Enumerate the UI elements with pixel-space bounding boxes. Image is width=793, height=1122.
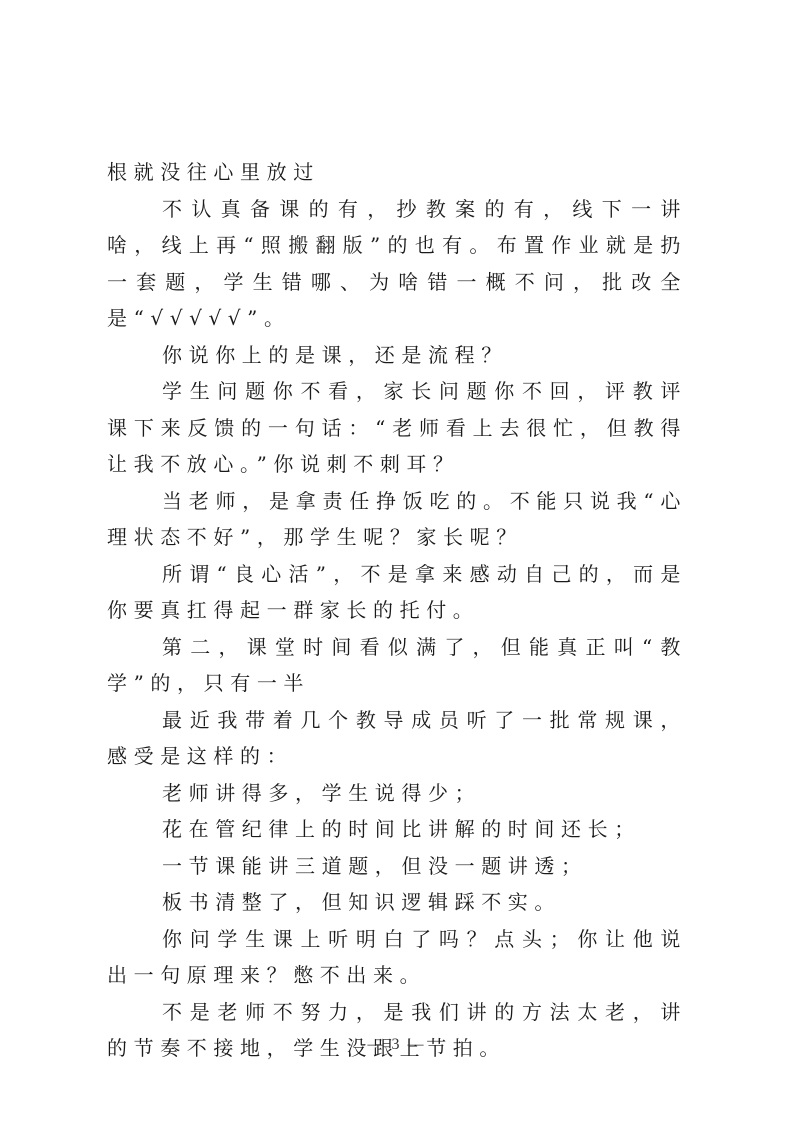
document-body: 根就没往心里放过 不认真备课的有，抄教案的有，线下一讲啥，线上再“照搬翻版”的也… [107, 154, 687, 1067]
list-item: 板书清整了，但知识逻辑踩不实。 [107, 884, 687, 921]
list-item: 一节课能讲三道题，但没一题讲透； [107, 848, 687, 885]
list-item: 老师讲得多，学生说得少； [107, 775, 687, 812]
section-heading: 第二，课堂时间看似满了，但能真正叫“教学”的，只有一半 [107, 629, 687, 702]
paragraph: 不认真备课的有，抄教案的有，线下一讲啥，线上再“照搬翻版”的也有。布置作业就是扔… [107, 191, 687, 337]
list-item: 花在管纪律上的时间比讲解的时间还长； [107, 811, 687, 848]
document-page: 根就没往心里放过 不认真备课的有，抄教案的有，线下一讲啥，线上再“照搬翻版”的也… [0, 0, 793, 1122]
paragraph: 所谓“良心活”，不是拿来感动自己的，而是你要真扛得起一群家长的托付。 [107, 556, 687, 629]
paragraph: 当老师，是拿责任挣饭吃的。不能只说我“心理状态不好”，那学生呢？家长呢？ [107, 483, 687, 556]
paragraph: 不是老师不努力，是我们讲的方法太老，讲的节奏不接地，学生没跟上节拍。 [107, 994, 687, 1067]
page-number: — 3 — [0, 1036, 793, 1054]
paragraph: 你说你上的是课，还是流程？ [107, 337, 687, 374]
paragraph: 学生问题你不看，家长问题你不回，评教评课下来反馈的一句话：“老师看上去很忙，但教… [107, 373, 687, 483]
paragraph: 最近我带着几个教导成员听了一批常规课，感受是这样的： [107, 702, 687, 775]
paragraph-continuation: 根就没往心里放过 [107, 154, 687, 191]
paragraph: 你问学生课上听明白了吗？点头；你让他说出一句原理来？憋不出来。 [107, 921, 687, 994]
